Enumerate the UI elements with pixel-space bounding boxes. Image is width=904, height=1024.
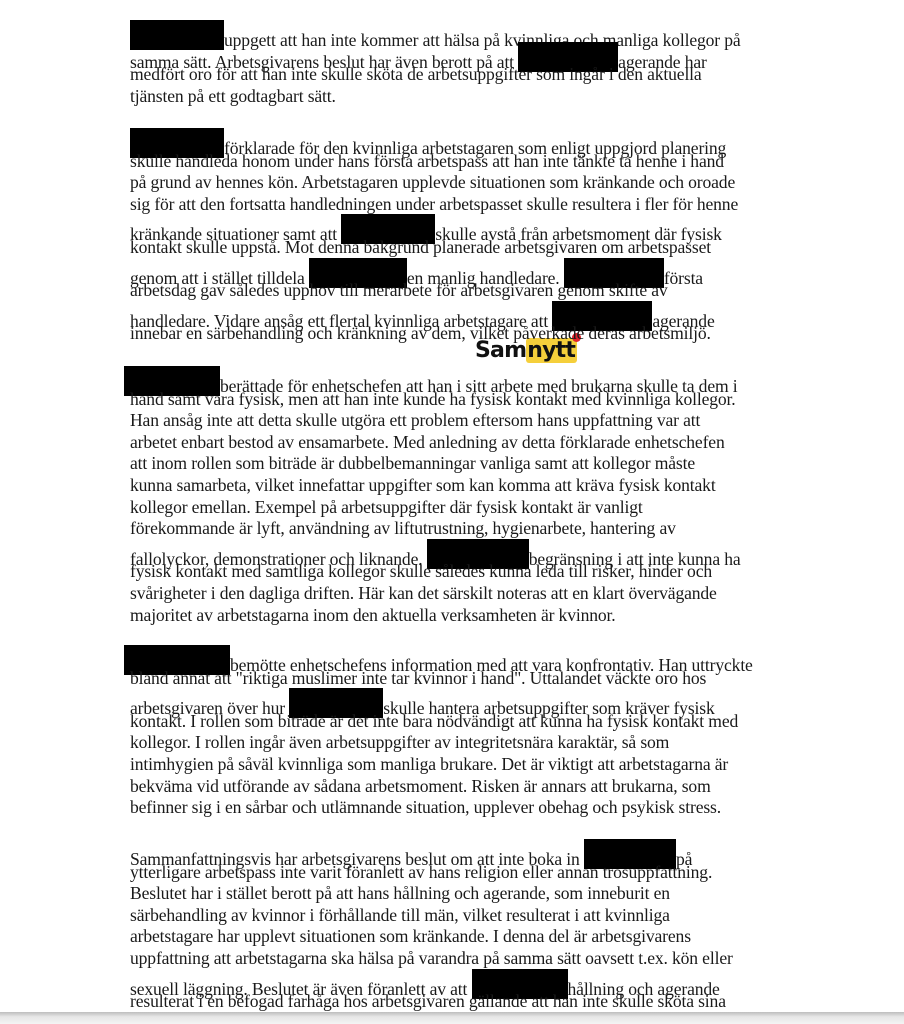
text-line: arbetsdag gav således upphov till merarb… [130, 279, 668, 301]
text-line: hand samt vara fysisk, men att han inte … [130, 388, 736, 410]
text-line: medfört oro för att han inte skulle sköt… [130, 63, 702, 85]
text-run: bekväma vid utförande av sådana arbetsmo… [130, 776, 711, 796]
text-line: Beslutet har i stället berott på att han… [130, 882, 670, 904]
text-line: att inom rollen som biträde är dubbelbem… [130, 452, 695, 474]
text-line: kunna samarbeta, vilket innefattar uppgi… [130, 474, 716, 496]
page-bottom-edge [0, 1012, 904, 1024]
text-line: innebar en särbehandling och kränkning a… [130, 322, 711, 344]
text-run: uppfattning att arbetstagarna ska hälsa … [130, 948, 733, 968]
text-line: kontakt. I rollen som biträde är det int… [130, 710, 738, 732]
text-run: förekommande är lyft, användning av lift… [130, 518, 676, 538]
text-line: särbehandling av kvinnor i förhållande t… [130, 904, 670, 926]
text-run: innebar en särbehandling och kränkning a… [130, 323, 711, 343]
text-run: kollegor. I rollen ingår även arbetsuppg… [130, 732, 669, 752]
text-line: sig för att den fortsatta handledningen … [130, 193, 738, 215]
text-run: fysisk kontakt med samtliga kollegor sku… [130, 561, 712, 581]
text-run: på grund av hennes kön. Arbetstagaren up… [130, 172, 735, 192]
text-line: kollegor emellan. Exempel på arbetsuppgi… [130, 496, 643, 518]
text-run: särbehandling av kvinnor i förhållande t… [130, 905, 670, 925]
text-run: kontakt skulle uppstå. Mot denna bakgrun… [130, 237, 711, 257]
text-run: kunna samarbeta, vilket innefattar uppgi… [130, 475, 716, 495]
text-run: svårigheter i den dagliga driften. Här k… [130, 583, 717, 603]
text-line: bland annat att "riktiga muslimer inte t… [130, 667, 706, 689]
text-line: fysisk kontakt med samtliga kollegor sku… [130, 560, 712, 582]
text-run: Beslutet har i stället berott på att han… [130, 883, 670, 903]
text-line: arbetet enbart bestod av ensamarbete. Me… [130, 431, 725, 453]
text-line: förekommande är lyft, användning av lift… [130, 517, 676, 539]
text-line: majoritet av arbetstagarna inom den aktu… [130, 604, 616, 626]
text-line: bekväma vid utförande av sådana arbetsmo… [130, 775, 711, 797]
text-line: intimhygien på såväl kvinnliga som manli… [130, 753, 728, 775]
text-line: svårigheter i den dagliga driften. Här k… [130, 582, 717, 604]
text-line: kollegor. I rollen ingår även arbetsuppg… [130, 731, 669, 753]
text-run: majoritet av arbetstagarna inom den aktu… [130, 605, 616, 625]
text-run: arbetsdag gav således upphov till merarb… [130, 280, 668, 300]
text-line: uppfattning att arbetstagarna ska hälsa … [130, 947, 733, 969]
text-run: bland annat att "riktiga muslimer inte t… [130, 668, 706, 688]
text-line: ytterligare arbetspass inte varit föranl… [130, 861, 712, 883]
text-run: befinner sig i en sårbar och utlämnande … [130, 797, 721, 817]
text-run: medfört oro för att han inte skulle sköt… [130, 64, 702, 84]
text-line: tjänsten på ett godtagbart sätt. [130, 85, 336, 107]
text-run: kontakt. I rollen som biträde är det int… [130, 711, 738, 731]
text-run: arbetet enbart bestod av ensamarbete. Me… [130, 432, 725, 452]
text-run: tjänsten på ett godtagbart sätt. [130, 86, 336, 106]
text-run: resulterat i en befogad farhåga hos arbe… [130, 991, 726, 1011]
text-line: skulle handleda honom under hans första … [130, 150, 724, 172]
text-run: arbetstagare har upplevt situationen som… [130, 926, 691, 946]
text-run: att inom rollen som biträde är dubbelbem… [130, 453, 695, 473]
text-line: Han ansåg inte att detta skulle utgöra e… [130, 409, 700, 431]
text-line: kontakt skulle uppstå. Mot denna bakgrun… [130, 236, 711, 258]
text-run: Han ansåg inte att detta skulle utgöra e… [130, 410, 700, 430]
text-run: sig för att den fortsatta handledningen … [130, 194, 738, 214]
text-run: ytterligare arbetspass inte varit föranl… [130, 862, 712, 882]
text-line: resulterat i en befogad farhåga hos arbe… [130, 990, 726, 1012]
scanned-document-page: Samnytt uppgett att han inte kommer att … [0, 0, 904, 1012]
text-run: första [664, 268, 703, 288]
text-line: på grund av hennes kön. Arbetstagaren up… [130, 171, 735, 193]
text-run: intimhygien på såväl kvinnliga som manli… [130, 754, 728, 774]
text-line: befinner sig i en sårbar och utlämnande … [130, 796, 721, 818]
text-line: arbetstagare har upplevt situationen som… [130, 925, 691, 947]
text-run: hand samt vara fysisk, men att han inte … [130, 389, 736, 409]
text-run: kollegor emellan. Exempel på arbetsuppgi… [130, 497, 643, 517]
text-run: skulle handleda honom under hans första … [130, 151, 724, 171]
